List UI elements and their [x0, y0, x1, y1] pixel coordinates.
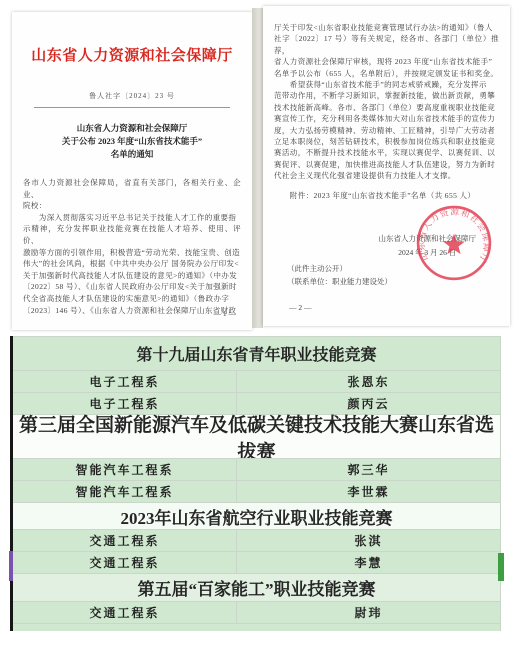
dept-cell: 交通工程系	[13, 530, 237, 551]
award-row: 智能汽车工程系 李世霖	[13, 480, 500, 502]
page-number-1: — 1 —	[214, 309, 237, 318]
document-notes: （此件主动公开） （联系单位：职业能力建设处）	[287, 262, 392, 288]
name-cell: 郭三华	[237, 459, 500, 480]
competition-title: 2023年山东省航空行业职业技能竞赛	[121, 504, 393, 529]
competition-title: 第三届全国新能源汽车及低碳关键技术技能大赛山东省选拔赛	[13, 410, 500, 464]
award-row: 交通工程系 李慧	[13, 551, 500, 573]
dept-cell: 交通工程系	[13, 602, 237, 623]
partial-next-row	[13, 623, 500, 631]
competition-title: 第十九届山东省青年职业技能竞赛	[136, 342, 376, 365]
award-row: 电子工程系 张恩东	[13, 370, 500, 392]
selection-marker-right	[498, 553, 504, 581]
attachment-line: 附件：2023 年度“山东省技术能手”名单（共 655 人）	[274, 190, 499, 201]
official-seal: 山东省人力资源和社会保障厅	[413, 202, 495, 284]
document-title: 山东省人力资源和社会保障厅 关于公布 2023 年度“山东省技术能手” 名单的通…	[12, 122, 252, 161]
page-edge-shadow	[252, 8, 263, 328]
awards-table: 第十九届山东省青年职业技能竞赛 电子工程系 张恩东 电子工程系 颜丙云 第三届全…	[10, 336, 501, 631]
name-cell: 张恩东	[237, 371, 500, 392]
document-number: 鲁人社字〔2024〕23 号	[12, 91, 252, 101]
dept-cell: 智能汽车工程系	[13, 459, 237, 480]
name-cell: 李世霖	[237, 481, 500, 502]
competition-header-row: 第十九届山东省青年职业技能竞赛	[13, 336, 500, 370]
competition-title: 第五届“百家能工”职业技能竞赛	[138, 575, 376, 600]
document-page-1: 山东省人力资源和社会保障厅 鲁人社字〔2024〕23 号 山东省人力资源和社会保…	[12, 12, 252, 330]
agency-letterhead: 山东省人力资源和社会保障厅	[12, 44, 252, 65]
competition-header-row: 第三届全国新能源汽车及低碳关键技术技能大赛山东省选拔赛	[13, 414, 500, 458]
selection-marker-left	[9, 551, 13, 581]
dept-cell: 智能汽车工程系	[13, 481, 237, 502]
dept-cell: 电子工程系	[13, 371, 237, 392]
page-number-2: — 2 —	[289, 303, 312, 312]
dept-cell: 交通工程系	[13, 552, 237, 573]
red-header-line	[34, 107, 231, 108]
name-cell: 张淇	[237, 530, 500, 551]
document-body-page2: 厅关于印发<山东省职业技能竞赛管理试行办法>的通知》（鲁人 社字〔2022〕17…	[274, 22, 499, 182]
award-row: 交通工程系 张淇	[13, 529, 500, 551]
name-cell: 李慧	[237, 552, 500, 573]
name-cell: 尉玮	[237, 602, 500, 623]
competition-header-row: 第五届“百家能工”职业技能竞赛	[13, 573, 500, 601]
award-row: 交通工程系 尉玮	[13, 601, 500, 623]
document-body-page1: 各市人力资源社会保障局，省直有关部门，各相关行业、企业、 院校： 为深入贯彻落实…	[23, 177, 241, 316]
competition-header-row: 2023年山东省航空行业职业技能竞赛	[13, 502, 500, 529]
document-page-2: 厅关于印发<山东省职业技能竞赛管理试行办法>的通知》（鲁人 社字〔2022〕17…	[263, 6, 510, 326]
seal-star-icon	[443, 234, 465, 254]
award-row: 智能汽车工程系 郭三华	[13, 458, 500, 480]
